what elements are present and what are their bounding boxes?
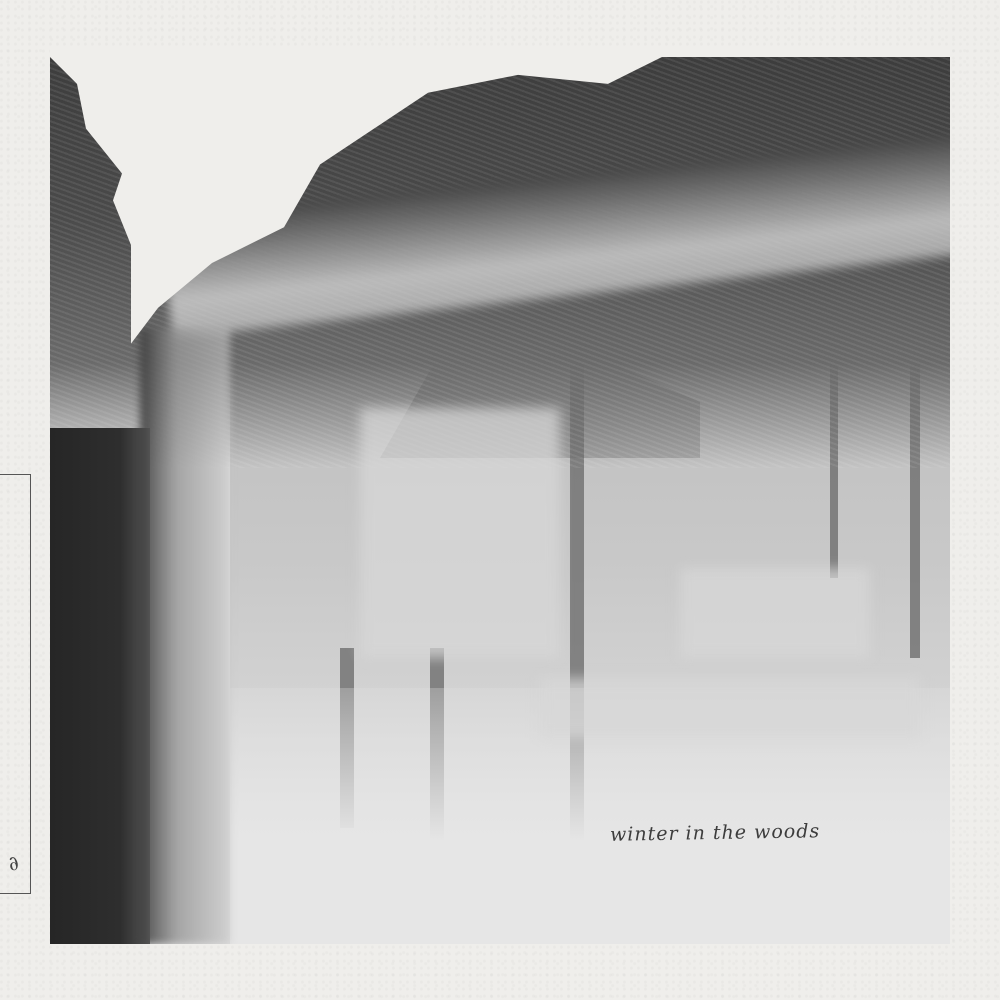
cover-photo (50, 48, 950, 944)
window-frame-side (140, 328, 230, 944)
window-reflection (540, 678, 920, 738)
window-reflection (680, 568, 870, 658)
dark-window-edge (50, 428, 150, 944)
window-reflection (360, 408, 560, 658)
pencil-outline-box (0, 474, 31, 894)
handwritten-caption: winter in the woods (610, 820, 821, 846)
